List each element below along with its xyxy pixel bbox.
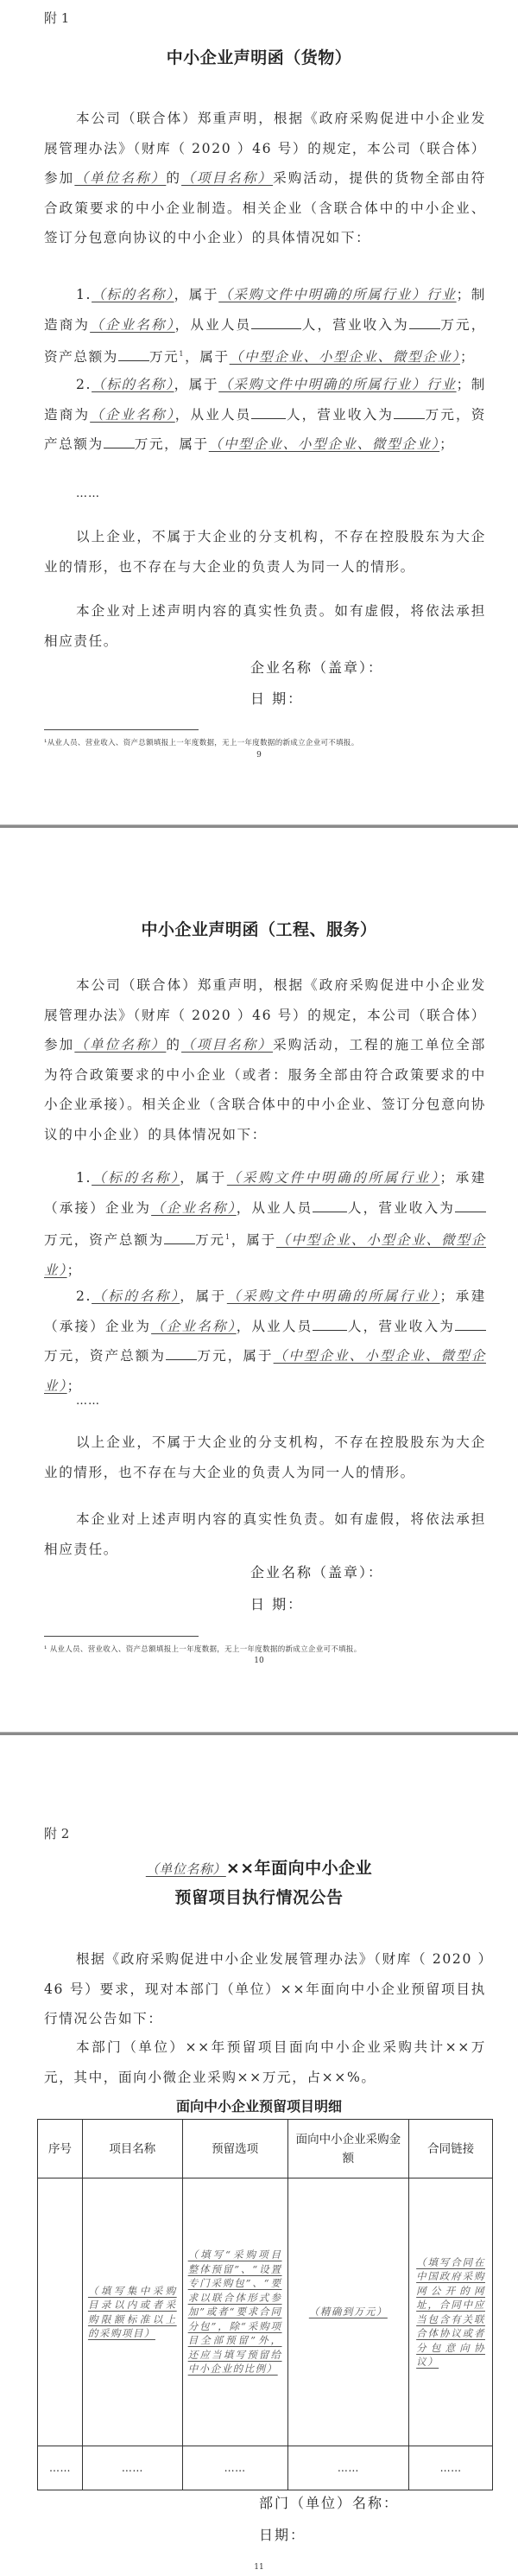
footnote: ¹ 从业人员、营业收入、资产总额填报上一年度数据，无上一年度数据的新成立企业可不… [44, 1644, 362, 1654]
list-item: 2.（标的名称），属于（采购文件中明确的所属行业）；承建（承接）企业为（企业名称… [44, 1282, 486, 1401]
cell-seq [38, 2178, 83, 2446]
table-header-row: 序号 项目名称 预留选项 面向中小企业采购金额 合同链接 [38, 2120, 493, 2178]
cell-sme-amount: （精确到万元） [287, 2178, 409, 2446]
sign-company: 企业名称（盖章）： [250, 652, 383, 684]
truth-statement-paragraph: 本企业对上述声明内容的真实性负责。如有虚假，将依法承担相应责任。 [44, 1504, 486, 1564]
table-row: （填写集中采购目录以内或者采购限额标准以上的采购项目） （填写“采购项目整体预留… [38, 2178, 493, 2446]
announcement-title: （单位名称）××年面向中小企业 [0, 1855, 518, 1879]
footnote-rule [44, 729, 199, 730]
announcement-subtitle: 预留项目执行情况公告 [0, 1885, 518, 1908]
cell-project-name: （填写集中采购目录以内或者采购限额标准以上的采购项目） [82, 2178, 182, 2446]
list-item: 2.（标的名称），属于（采购文件中明确的所属行业）行业；制造商为（企业名称），从… [44, 370, 486, 460]
not-large-enterprise-paragraph: 以上企业，不属于大企业的分支机构，不存在控股股东为大企业的情形，也不存在与大企业… [44, 522, 486, 582]
sign-date: 日期： [259, 2519, 306, 2552]
page-number: 9 [0, 751, 518, 760]
fill-unit-name: （单位名称） [74, 170, 166, 186]
truth-statement-paragraph: 本企业对上述声明内容的真实性负责。如有虚假，将依法承担相应责任。 [44, 596, 486, 656]
fill-project-name: （项目名称） [181, 1037, 273, 1053]
page-separator [0, 824, 518, 828]
cell-contract-link: （填写合同在中国政府采购网公开的网址，合同中应当包含有关联合体协议或者分包意向协… [409, 2178, 493, 2446]
ellipsis: …… [76, 487, 100, 500]
sign-department: 部门（单位）名称： [259, 2487, 399, 2520]
cell-reserve-option: （填写“采购项目整体预留”、“设置专门采购包”、“要求以联合体形式参加”或者“要… [182, 2178, 287, 2446]
header-contract-link: 合同链接 [409, 2120, 493, 2178]
announcement-summary-paragraph: 本部门（单位）××年预留项目面向中小企业采购共计××万元，其中，面向小微企业采购… [44, 2032, 486, 2092]
reserved-projects-table: 序号 项目名称 预留选项 面向中小企业采购金额 合同链接 （填写集中采购目录以内… [37, 2119, 493, 2490]
footnote-rule [44, 1636, 199, 1637]
sign-company: 企业名称（盖章）： [250, 1556, 383, 1589]
header-sme-amount: 面向中小企业采购金额 [287, 2120, 409, 2178]
header-seq: 序号 [38, 2120, 83, 2178]
fill-unit-name: （单位名称） [146, 1861, 226, 1877]
sign-date: 日 期： [250, 1588, 303, 1621]
ellipsis: …… [76, 1395, 100, 1408]
page-number: 10 [0, 1657, 518, 1665]
header-reserve-option: 预留选项 [182, 2120, 287, 2178]
fill-project-name: （项目名称） [181, 170, 273, 186]
intro-paragraph-works: 本公司（联合体）郑重声明，根据《政府采购促进中小企业发展管理办法》（财库（ 20… [44, 970, 486, 1149]
list-item: 1.（标的名称），属于（采购文件中明确的所属行业）行业；制造商为（企业名称），从… [44, 280, 486, 372]
table-row: …… …… …… …… …… [38, 2446, 493, 2490]
intro-paragraph-goods: 本公司（联合体）郑重声明，根据《政府采购促进中小企业发展管理办法》（财库（ 20… [44, 104, 486, 253]
fill-unit-name: （单位名称） [74, 1037, 166, 1053]
page-title-goods: 中小企业声明函（货物） [0, 45, 518, 68]
list-item: 1.（标的名称），属于（采购文件中明确的所属行业）；承建（承接）企业为（企业名称… [44, 1163, 486, 1285]
annex-label-1: 附 1 [44, 9, 69, 27]
page-title-works-services: 中小企业声明函（工程、服务） [0, 917, 518, 940]
page-separator [0, 1732, 518, 1735]
header-project-name: 项目名称 [82, 2120, 182, 2178]
sign-date: 日 期： [250, 683, 303, 716]
table-title: 面向中小企业预留项目明细 [0, 2096, 518, 2115]
page-number: 11 [0, 2563, 518, 2572]
footnote: ¹从业人员、营业收入、资产总额填报上一年度数据，无上一年度数据的新成立企业可不填… [44, 737, 359, 747]
announcement-intro-paragraph: 根据《政府采购促进中小企业发展管理办法》（财库（ 2020 ）46 号）要求，现… [44, 1944, 486, 2034]
not-large-enterprise-paragraph: 以上企业，不属于大企业的分支机构，不存在控股股东为大企业的情形，也不存在与大企业… [44, 1428, 486, 1487]
annex-label-2: 附 2 [44, 1824, 69, 1842]
